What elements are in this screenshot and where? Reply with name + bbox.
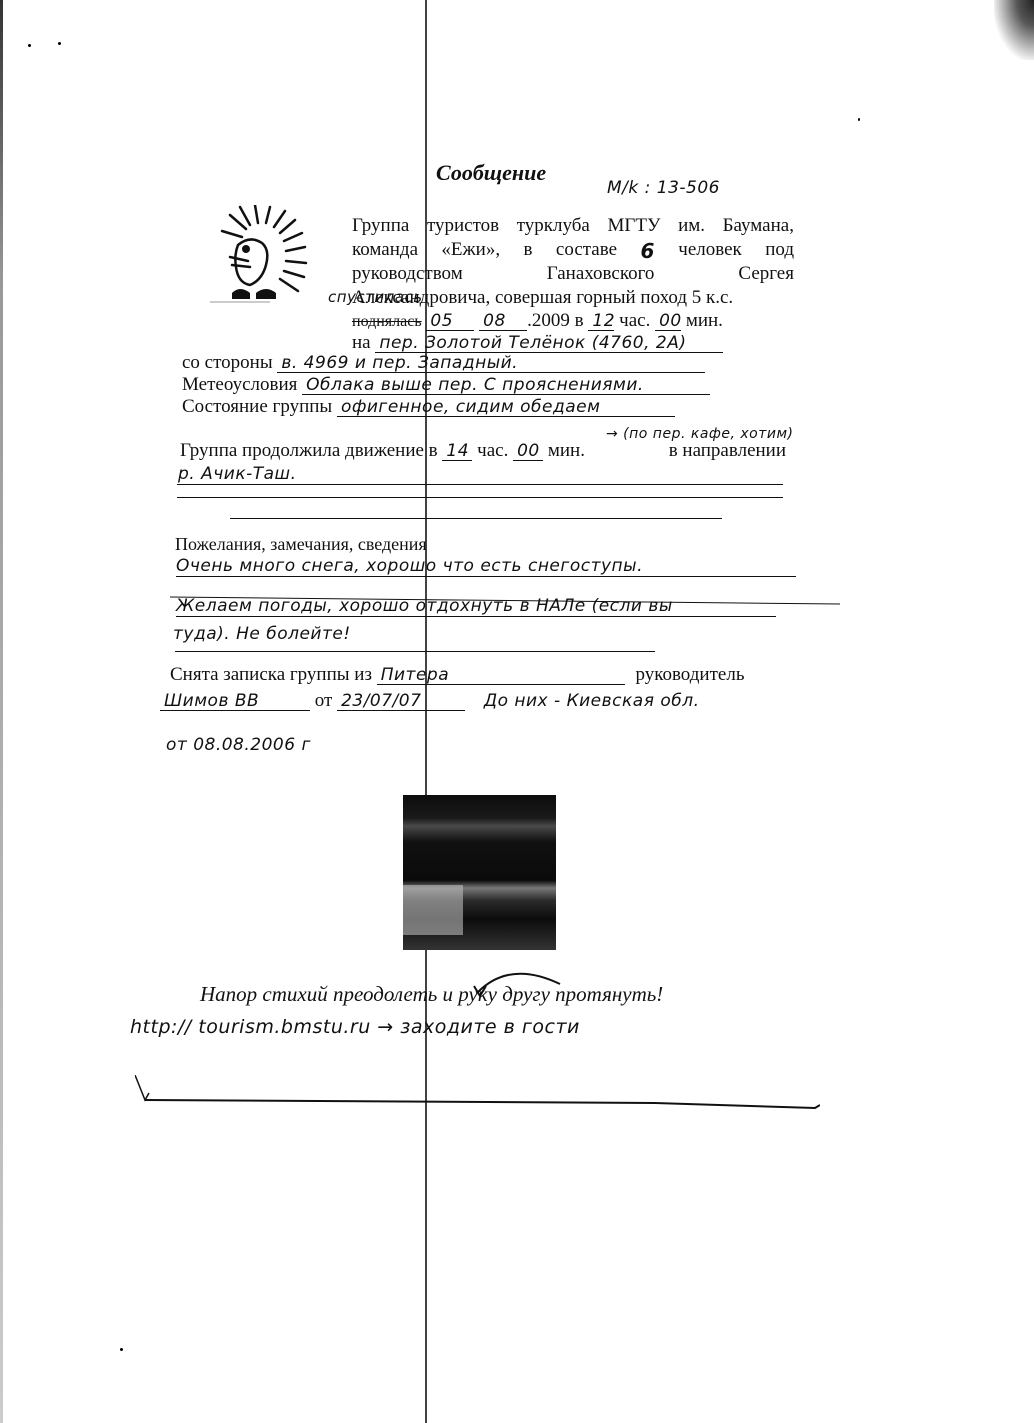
minutes-label: мин. <box>686 310 723 331</box>
remarks-line-3: туда). Не болейте! <box>173 624 351 644</box>
remarks-line-4 <box>175 651 655 652</box>
direction-line-3 <box>230 518 722 519</box>
intro-line-5: поднялась 05 08.2009 в 12 час. 00 мин. <box>352 310 723 332</box>
people-count: 6 <box>640 239 654 263</box>
date-month: 08 <box>479 312 527 331</box>
intro-line-2: команда «Ежи», в составе 6 человек под <box>352 239 794 263</box>
intro-word: руководством <box>352 263 463 285</box>
taken-leader-value: Шимов ВВ <box>160 692 310 711</box>
intro-word: под <box>765 239 794 263</box>
weather-label: Метеоусловия <box>182 374 297 395</box>
intro-word: им. <box>678 215 705 237</box>
direction-line-2 <box>177 497 783 498</box>
intro-word: Баумана, <box>723 215 794 237</box>
continuation-text-a: Группа продолжила движение в 14 час. 00 … <box>180 440 585 462</box>
signature-line <box>135 1075 820 1115</box>
scan-speck <box>58 42 61 45</box>
scan-speck <box>120 1348 123 1351</box>
leader-surname: Ганаховского <box>547 263 655 285</box>
intro-word: составе <box>556 239 617 263</box>
scan-speck <box>28 44 31 47</box>
side-label: со стороны <box>182 352 273 373</box>
taken-label: Снята записка группы из <box>170 664 372 685</box>
side-value: в. 4969 и пер. Западный. <box>277 354 705 373</box>
minutes-field: 00 <box>655 312 681 331</box>
intro-line-3: руководством Ганаховского Сергея <box>352 263 794 285</box>
leader-name: Сергея <box>738 263 794 285</box>
taken-extra-date: от 08.08.2006 г <box>166 735 311 755</box>
date-year: .2009 в <box>527 310 583 331</box>
team-name: «Ежи», <box>441 239 500 263</box>
action-handwritten: спустилась <box>328 288 423 306</box>
continuation-minutes-label: мин. <box>548 440 585 461</box>
taken-date-label: от <box>315 690 333 711</box>
scan-corner-shadow <box>994 0 1034 60</box>
remarks-label: Пожелания, замечания, сведения <box>175 534 427 555</box>
footer-note: http:// tourism.bmstu.ru → заходите в го… <box>130 1016 580 1038</box>
continuation-label: Группа продолжила движение в <box>180 440 438 461</box>
continuation-minutes: 00 <box>513 442 543 461</box>
club-motto: Напор стихий преодолеть и руку другу про… <box>200 982 663 1007</box>
weather-value: Облака выше пер. С прояснениями. <box>302 376 710 395</box>
taken-date-value: 23/07/07 <box>337 692 465 711</box>
continuation-row: Группа продолжила движение в 14 час. 00 … <box>180 440 786 462</box>
continuation-hour-label: час. <box>477 440 508 461</box>
intro-word: туристов <box>427 215 499 237</box>
intro-word: турклуба <box>517 215 590 237</box>
taken-row-1: Снята записка группы из Питера руководит… <box>170 664 744 686</box>
scan-left-edge <box>0 0 3 1423</box>
taken-from-value: Питера <box>377 666 625 685</box>
page-title: Сообщение <box>436 160 546 186</box>
direction-label: в направлении <box>669 440 786 462</box>
intro-word: команда <box>352 239 418 263</box>
intro-word: Группа <box>352 215 409 237</box>
correction-arc-icon <box>470 962 565 1002</box>
intro-line-1: Группа туристов турклуба МГТУ им. Бауман… <box>352 215 794 237</box>
location-row: на пер. Золотой Телёнок (4760, 2А) <box>352 332 723 354</box>
side-row: со стороны в. 4969 и пер. Западный. <box>182 352 705 374</box>
mountain-photo <box>403 795 556 950</box>
hour-field: 12 <box>588 312 614 331</box>
action-struck: поднялась <box>352 313 422 330</box>
scan-speck <box>858 118 860 121</box>
taken-extra-note: До них - Киевская обл. <box>484 691 700 711</box>
location-label: на <box>352 332 371 353</box>
direction-value: р. Ачик-Таш. <box>178 464 296 484</box>
remarks-line-2: Желаем погоды, хорошо отдохнуть в НАЛе (… <box>176 596 776 617</box>
location-value: пер. Золотой Телёнок (4760, 2А) <box>375 334 723 353</box>
hedgehog-icon <box>210 205 325 305</box>
intro-word: в <box>524 239 533 263</box>
intro-word: МГТУ <box>608 215 661 237</box>
remarks-line-1: Очень много снега, хорошо что есть снего… <box>176 556 796 577</box>
continuation-hour: 14 <box>442 442 472 461</box>
intro-word: человек <box>678 239 742 263</box>
condition-label: Состояние группы <box>182 396 332 417</box>
condition-value: офигенное, сидим обедаем <box>337 398 675 417</box>
weather-row: Метеоусловия Облака выше пер. С прояснен… <box>182 374 710 396</box>
condition-row: Состояние группы офигенное, сидим обедае… <box>182 396 675 418</box>
taken-leader-label: руководитель <box>635 664 744 685</box>
date-day: 05 <box>426 312 474 331</box>
direction-line-1 <box>177 484 783 485</box>
reference-note: M/k : 13-506 <box>607 178 720 198</box>
taken-row-2: Шимов ВВ от 23/07/07 До них - Киевская о… <box>160 690 699 712</box>
hour-label: час. <box>619 310 650 331</box>
